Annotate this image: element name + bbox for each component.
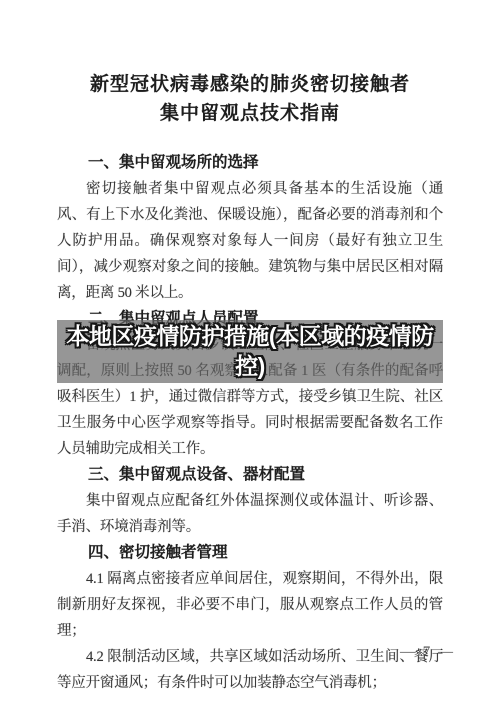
- body-paragraph: 集中留观点应配备红外体温探测仪或体温计、听诊器、手消、环境消毒剂等。: [57, 488, 443, 540]
- section-heading: 一、集中留观场所的选择: [57, 150, 443, 176]
- caption-overlay-banner: 本地区疫情防护措施(本区域的疫情防控): [57, 320, 443, 383]
- document-title: 新型冠状病毒感染的肺炎密切接触者 集中留观点技术指南: [0, 0, 500, 128]
- page-number: — 7 —: [400, 644, 455, 661]
- section-heading: 三、集中留观点设备、器材配置: [57, 462, 443, 488]
- body-paragraph: 4.2 限制活动区域，共享区域如活动场所、卫生间、餐厅等应开窗通风；有条件时可以…: [57, 644, 443, 696]
- body-paragraph: 4.1 隔离点密接者应单间居住，观察期间，不得外出，限制新朋好友探视，非必要不串…: [57, 566, 443, 644]
- document-body: 一、集中留观场所的选择密切接触者集中留观点必须具备基本的生活设施（通风、有上下水…: [57, 150, 443, 696]
- scanned-document-page: 新型冠状病毒感染的肺炎密切接触者 集中留观点技术指南 一、集中留观场所的选择密切…: [0, 0, 500, 706]
- document-title-line2: 集中留观点技术指南: [0, 99, 500, 128]
- document-title-line1: 新型冠状病毒感染的肺炎密切接触者: [0, 70, 500, 99]
- caption-overlay-text: 本地区疫情防护措施(本区域的疫情防控): [60, 321, 440, 381]
- body-paragraph: 密切接触者集中留观点必须具备基本的生活设施（通风、有上下水及化粪池、保暖设施），…: [57, 176, 443, 306]
- section-heading: 四、密切接触者管理: [57, 540, 443, 566]
